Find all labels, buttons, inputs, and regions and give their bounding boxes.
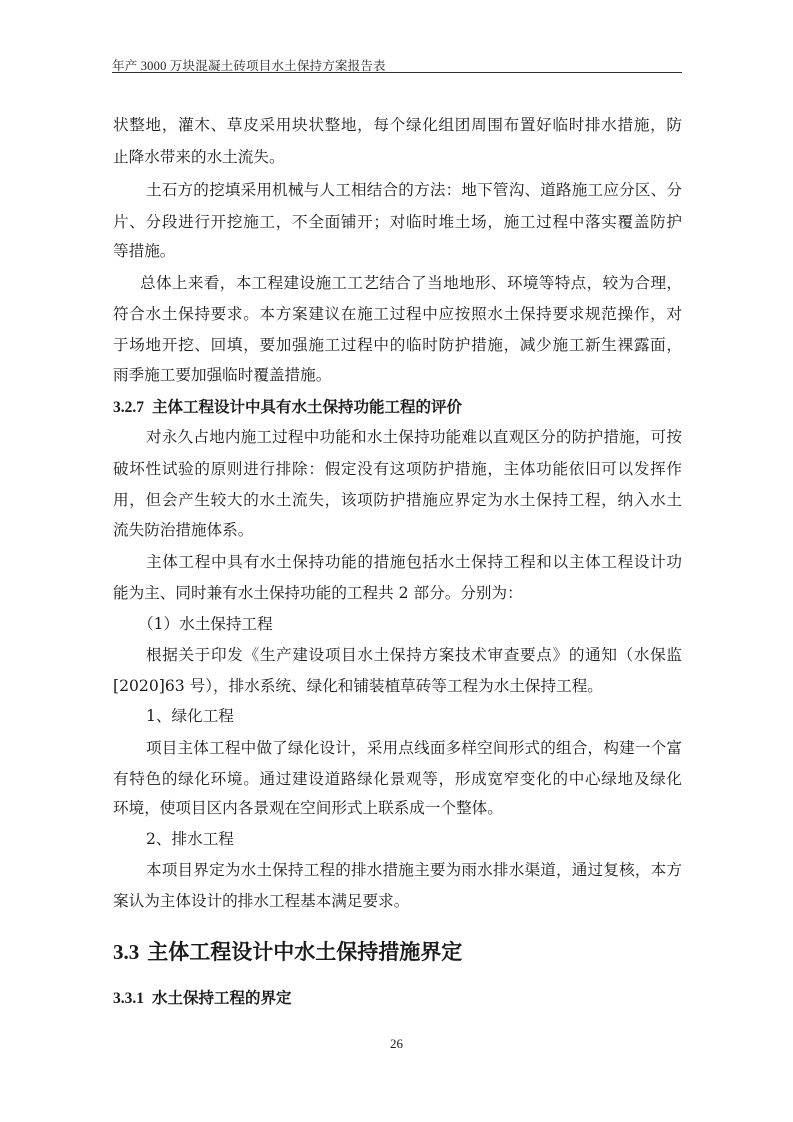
paragraph-line: 止降水带来的水土流失。 — [113, 147, 682, 167]
paragraph-line: 用，但会产生较大的水土流失，该项防护措施应界定为水土保持工程，纳入水土 — [113, 490, 682, 510]
paragraph-line: 片、分段进行开挖施工，不全面铺开；对临时堆土场，施工过程中落实覆盖防护 — [113, 212, 682, 232]
section-title: 水土保持工程的界定 — [152, 989, 292, 1007]
paragraph-line: 案认为主体设计的排水工程基本满足要求。 — [113, 891, 682, 911]
section-title: 主体工程设计中具有水土保持功能工程的评价 — [152, 398, 462, 416]
paragraph-line: 于场地开挖、回填，要加强施工过程中的临时防护措施，减少施工新生裸露面， — [113, 335, 682, 355]
paragraph-line: 主体工程中具有水土保持功能的措施包括水土保持工程和以主体工程设计功 — [146, 552, 682, 572]
paragraph-line: 总体上来看，本工程建设施工工艺结合了当地地形、环境等特点，较为合理， — [140, 273, 682, 293]
section-title: 主体工程设计中水土保持措施界定 — [147, 940, 462, 964]
item-title: （1）水土保持工程 — [138, 614, 674, 634]
section-heading-3-2-7: 3.2.7主体工程设计中具有水土保持功能工程的评价 — [113, 395, 462, 417]
paragraph-line: 本项目界定为水土保持工程的排水措施主要为雨水排水渠道，通过复核，本方 — [146, 860, 682, 880]
page-number: 26 — [0, 1036, 793, 1052]
paragraph-line: 破坏性试验的原则进行排除：假定没有这项防护措施，主体功能依旧可以发挥作 — [113, 459, 682, 479]
subsection-title: 1、绿化工程 — [146, 706, 682, 726]
paragraph-line: 符合水土保持要求。本方案建议在施工过程中应按照水土保持要求规范操作，对 — [113, 304, 682, 324]
section-number: 3.3.1 — [113, 990, 144, 1007]
paragraph-line: [2020]63 号），排水系统、绿化和铺装植草砖等工程为水土保持工程。 — [113, 676, 682, 696]
paragraph-line: 流失防治措施体系。 — [113, 520, 682, 540]
subsection-title: 2、排水工程 — [146, 829, 682, 849]
section-heading-3-3: 3.3主体工程设计中水土保持措施界定 — [113, 936, 462, 966]
paragraph-line: 对永久占地内施工过程中功能和水土保持功能难以直观区分的防护措施，可按 — [146, 427, 682, 447]
section-number: 3.2.7 — [113, 399, 144, 416]
paragraph-line: 根据关于印发《生产建设项目水土保持方案技术审查要点》的通知（水保监 — [146, 645, 682, 665]
paragraph-line: 土石方的挖填采用机械与人工相结合的方法：地下管沟、道路施工应分区、分 — [146, 180, 682, 200]
paragraph-line: 项目主体工程中做了绿化设计，采用点线面多样空间形式的组合，构建一个富 — [146, 738, 682, 758]
section-heading-3-3-1: 3.3.1水土保持工程的界定 — [113, 986, 292, 1008]
paragraph-line: 能为主、同时兼有水土保持功能的工程共 2 部分。分别为： — [113, 583, 682, 603]
header-divider — [112, 72, 682, 73]
paragraph-line: 环境，使项目区内各景观在空间形式上联系成一个整体。 — [113, 798, 682, 818]
paragraph-line: 状整地，灌木、草皮采用块状整地，每个绿化组团周围布置好临时排水措施，防 — [113, 115, 682, 135]
section-number: 3.3 — [113, 940, 139, 964]
paragraph-line: 有特色的绿化环境。通过建设道路绿化景观等，形成宽窄变化的中心绿地及绿化 — [113, 769, 682, 789]
paragraph-line: 雨季施工要加强临时覆盖措施。 — [113, 365, 682, 385]
paragraph-line: 等措施。 — [113, 241, 682, 261]
